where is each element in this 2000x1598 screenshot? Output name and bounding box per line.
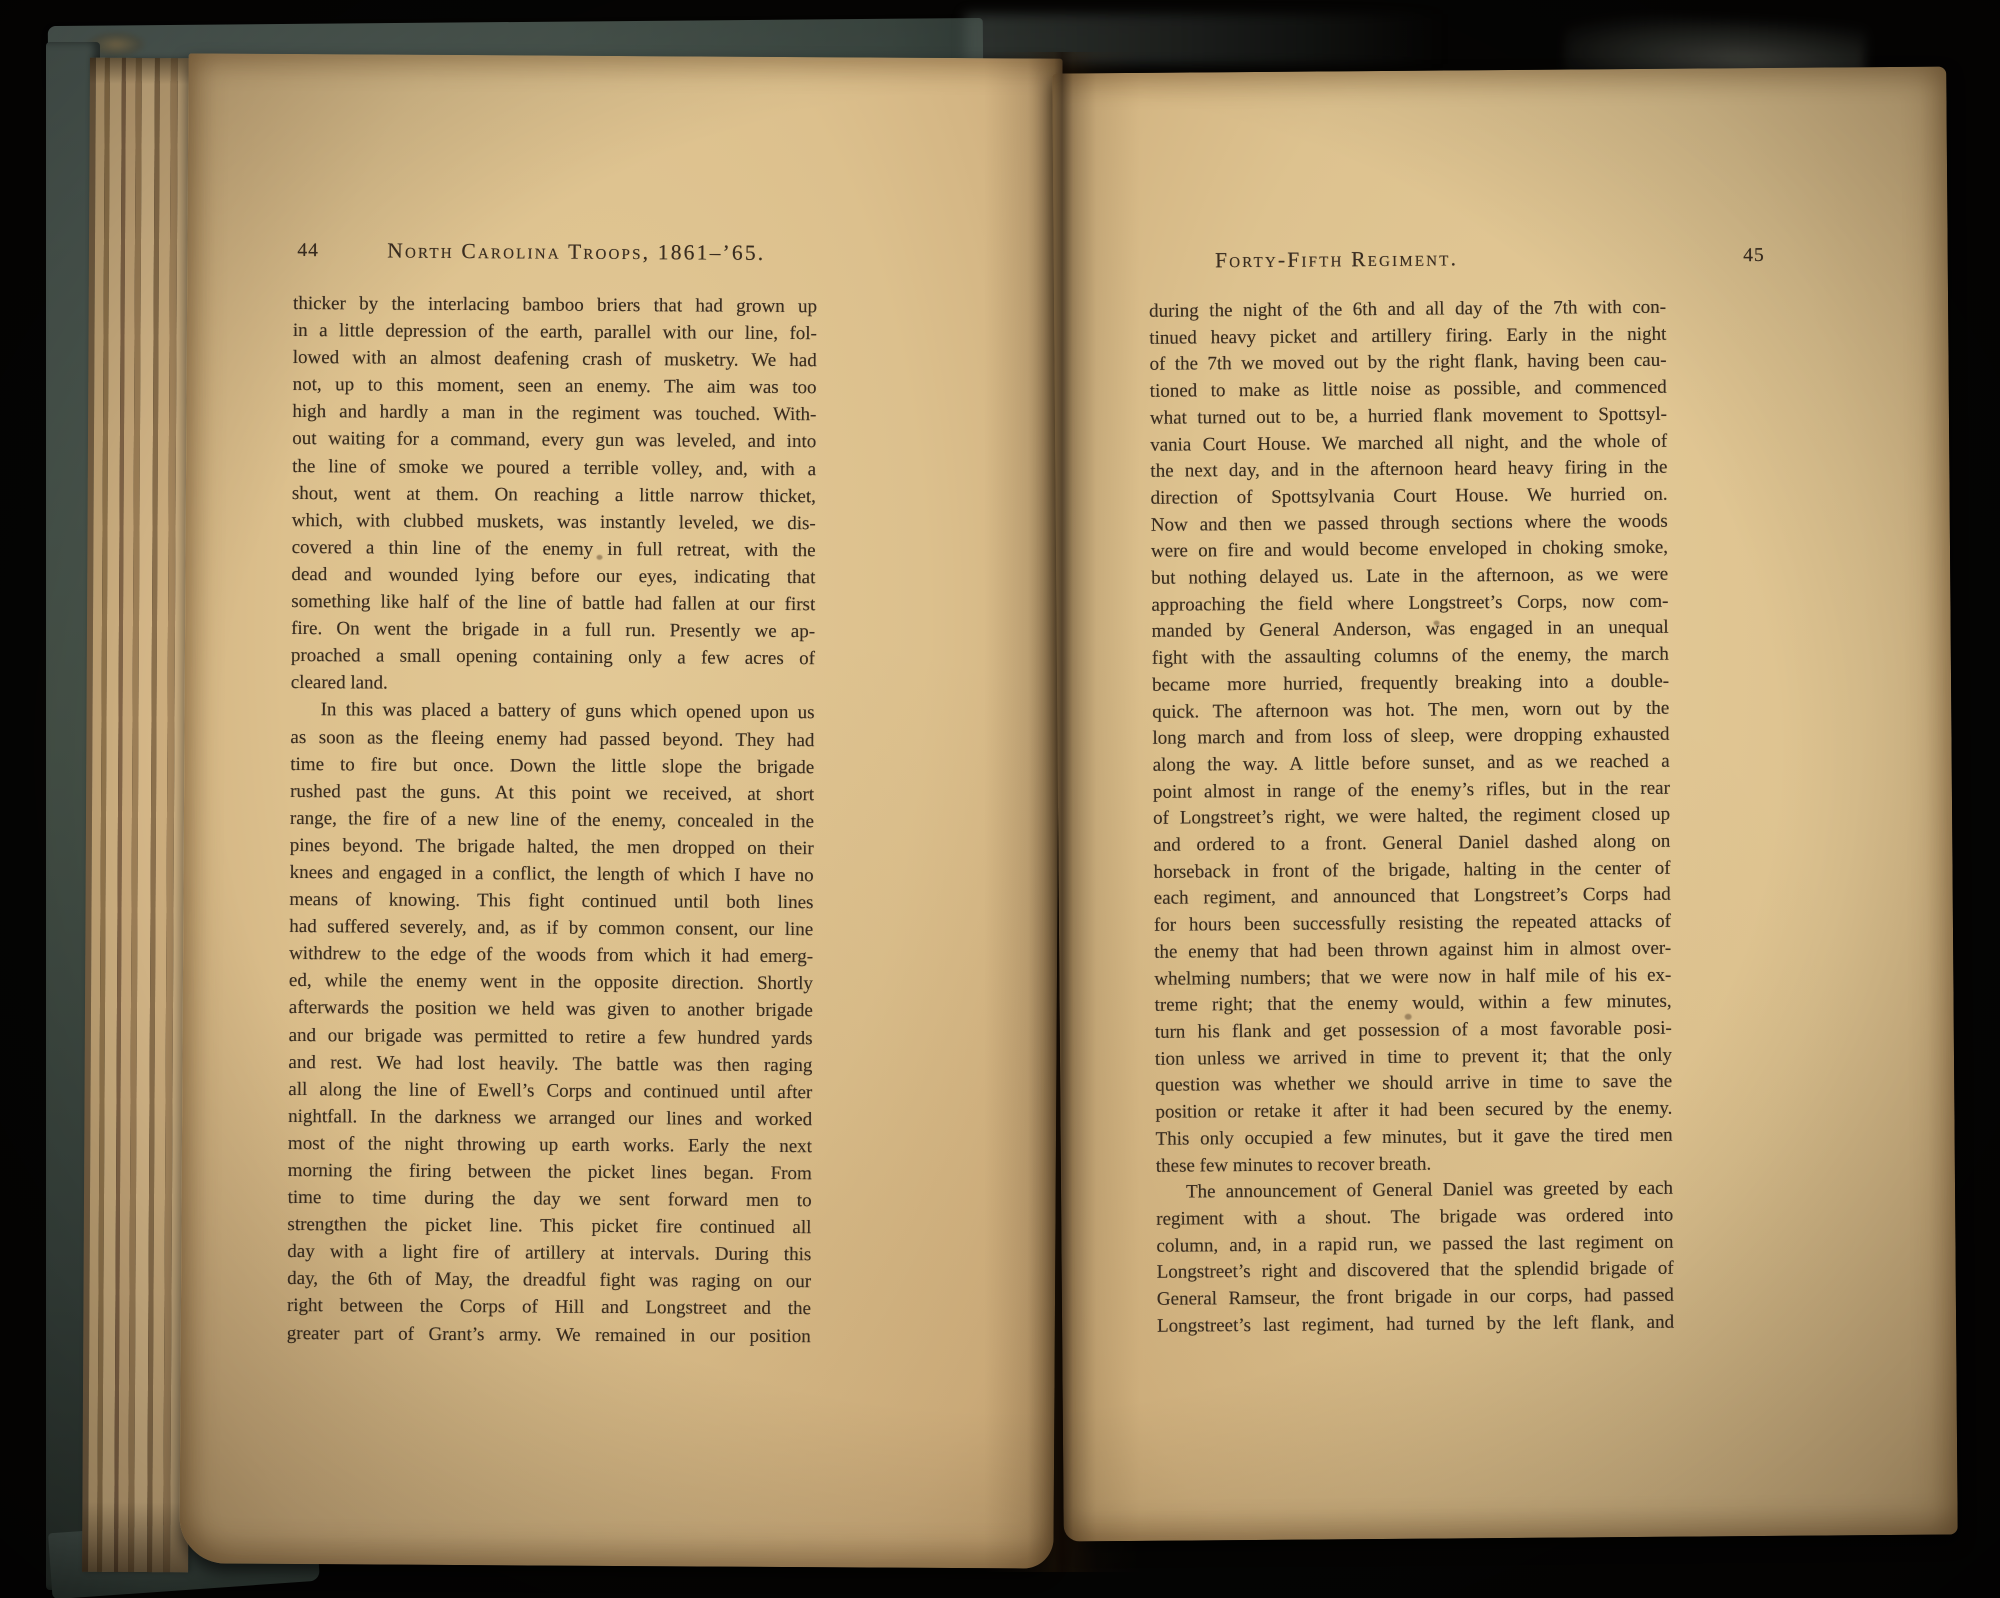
paper-speck: [1434, 621, 1440, 626]
text-line: high and hardly a man in the regiment wa…: [292, 398, 816, 428]
text-line: which, with clubbed muskets, was instant…: [292, 507, 816, 537]
text-line: covered a thin line of the enemy in full…: [292, 534, 816, 564]
text-line: day, the 6th of May, the dreadful fight …: [287, 1265, 811, 1295]
text-line: during the night of the 6th and all day …: [1149, 295, 1666, 326]
text-line: most of the night throwing up earth work…: [288, 1130, 812, 1160]
text-line: time to fire but once. Down the little s…: [290, 751, 814, 781]
text-line: point almost in range of the enemy’s rif…: [1153, 775, 1670, 806]
text-line: quick. The afternoon was hot. The men, w…: [1152, 695, 1669, 726]
text-line: column, and, in a rapid run, we passed t…: [1156, 1229, 1673, 1260]
text-line: manded by General Anderson, was engaged …: [1152, 615, 1669, 646]
text-line: rushed past the guns. At this point we r…: [290, 778, 814, 808]
text-line: of Longstreet’s right, we were halted, t…: [1153, 802, 1670, 833]
text-line: approaching the field where Longstreet’s…: [1151, 588, 1668, 619]
text-line: regiment with a shout. The brigade was o…: [1156, 1203, 1673, 1234]
text-line: long march and from loss of sleep, were …: [1152, 722, 1669, 753]
text-line: vania Court House. We marched all night,…: [1150, 428, 1667, 459]
text-line: question was whether we should arrive in…: [1155, 1069, 1672, 1100]
text-line: withdrew to the edge of the woods from w…: [289, 940, 813, 970]
text-line: afterwards the position we held was give…: [289, 994, 813, 1024]
text-line: range, the fire of a new line of the ene…: [290, 805, 814, 835]
left-page-header: 44 North Carolina Troops, 1861–’65.: [293, 238, 817, 273]
text-line: right between the Corps of Hill and Long…: [287, 1292, 811, 1322]
left-page-number: 44: [297, 240, 319, 262]
text-line: This only occupied a few minutes, but it…: [1156, 1122, 1673, 1153]
text-line: for hours been successfully resisting th…: [1154, 909, 1671, 940]
text-line: greater part of Grant’s army. We remaine…: [287, 1320, 811, 1350]
text-line: pines beyond. The brigade halted, the me…: [290, 832, 814, 862]
text-line: had suffered severely, and, as if by com…: [289, 913, 813, 943]
text-line: along the way. A little before sunset, a…: [1153, 749, 1670, 780]
text-line: means of knowing. This fight continued u…: [289, 886, 813, 916]
right-page: Forty-Fifth Regiment. 45 during the nigh…: [1052, 67, 1958, 1542]
text-line: tion unless we arrived in time to preven…: [1155, 1042, 1672, 1073]
text-line: tioned to make as little noise as possib…: [1150, 375, 1667, 406]
left-page-text-block: thicker by the interlacing bamboo briers…: [287, 290, 817, 1350]
text-line: morning the firing between the picket li…: [288, 1157, 812, 1187]
paper-speck: [1405, 1014, 1412, 1020]
text-line: shout, went at them. On reaching a littl…: [292, 480, 816, 510]
text-line: horseback in front of the brigade, halti…: [1153, 855, 1670, 886]
text-line: and ordered to a front. General Daniel d…: [1153, 829, 1670, 860]
page-edges-stack: [82, 58, 196, 1573]
right-page-text-block: during the night of the 6th and all day …: [1149, 295, 1674, 1340]
text-line: The announcement of General Daniel was g…: [1156, 1176, 1673, 1207]
text-line: but nothing delayed us. Late in the afte…: [1151, 562, 1668, 593]
text-line: each regiment, and announced that Longst…: [1154, 882, 1671, 913]
text-line: out waiting for a command, every gun was…: [292, 425, 816, 455]
right-running-header: Forty-Fifth Regiment.: [1215, 246, 1458, 273]
text-line: and rest. We had lost heavily. The battl…: [288, 1049, 812, 1079]
text-line: whelming numbers; that we were now in ha…: [1154, 962, 1671, 993]
text-line: turn his flank and get possession of a m…: [1155, 1016, 1672, 1047]
text-line: the enemy that had been thrown against h…: [1154, 936, 1671, 967]
book-gutter-shadow: [984, 52, 1140, 1572]
text-line: these few minutes to recover breath.: [1156, 1149, 1673, 1180]
text-line: tinued heavy picket and artillery firing…: [1149, 321, 1666, 352]
text-line: of the 7th we moved out by the right fla…: [1149, 348, 1666, 379]
text-line: thicker by the interlacing bamboo briers…: [293, 290, 817, 320]
text-line: Longstreet’s right and discovered that t…: [1157, 1256, 1674, 1287]
text-line: ed, while the enemy went in the opposite…: [289, 967, 813, 997]
text-line: the next day, and in the afternoon heard…: [1150, 455, 1667, 486]
left-page: 44 North Carolina Troops, 1861–’65. thic…: [179, 53, 1062, 1568]
text-line: in a little depression of the earth, par…: [293, 317, 817, 347]
text-line: time to time during the day we sent forw…: [288, 1184, 812, 1214]
text-line: Longstreet’s last regiment, had turned b…: [1157, 1309, 1674, 1340]
text-line: cleared land.: [291, 669, 815, 699]
text-line: became more hurried, frequently breaking…: [1152, 669, 1669, 700]
book-photograph: 44 North Carolina Troops, 1861–’65. thic…: [0, 0, 2000, 1598]
text-line: General Ramseur, the front brigade in ou…: [1157, 1283, 1674, 1314]
right-page-number: 45: [1743, 245, 1765, 267]
text-line: not, up to this moment, seen an enemy. T…: [293, 371, 817, 401]
text-line: something like half of the line of battl…: [291, 588, 815, 618]
paper-speck: [597, 555, 603, 560]
text-line: were on fire and would become enveloped …: [1151, 535, 1668, 566]
text-line: dead and wounded lying before our eyes, …: [291, 561, 815, 591]
text-line: proached a small opening containing only…: [291, 642, 815, 672]
text-line: what turned out to be, a hurried flank m…: [1150, 402, 1667, 433]
text-line: lowed with an almost deafening crash of …: [293, 344, 817, 374]
text-line: direction of Spottsylvania Court House. …: [1150, 482, 1667, 513]
text-line: Now and then we passed through sections …: [1151, 508, 1668, 539]
right-page-header: Forty-Fifth Regiment. 45: [1149, 244, 1765, 281]
left-running-header: North Carolina Troops, 1861–’65.: [387, 239, 765, 266]
text-line: all along the line of Ewell’s Corps and …: [288, 1076, 812, 1106]
text-line: and our brigade was permitted to retire …: [289, 1022, 813, 1052]
text-line: nightfall. In the darkness we arranged o…: [288, 1103, 812, 1133]
text-line: position or retake it after it had been …: [1155, 1096, 1672, 1127]
text-line: fire. On went the brigade in a full run.…: [291, 615, 815, 645]
text-line: treme right; that the enemy would, withi…: [1154, 989, 1671, 1020]
text-line: fight with the assaulting columns of the…: [1152, 642, 1669, 673]
text-line: day with a light fire of artillery at in…: [287, 1238, 811, 1268]
text-line: strengthen the picket line. This picket …: [287, 1211, 811, 1241]
text-line: the line of smoke we poured a terrible v…: [292, 453, 816, 483]
text-line: knees and engaged in a conflict, the len…: [290, 859, 814, 889]
text-line: as soon as the fleeing enemy had passed …: [290, 723, 814, 753]
text-line: In this was placed a battery of guns whi…: [291, 696, 815, 726]
